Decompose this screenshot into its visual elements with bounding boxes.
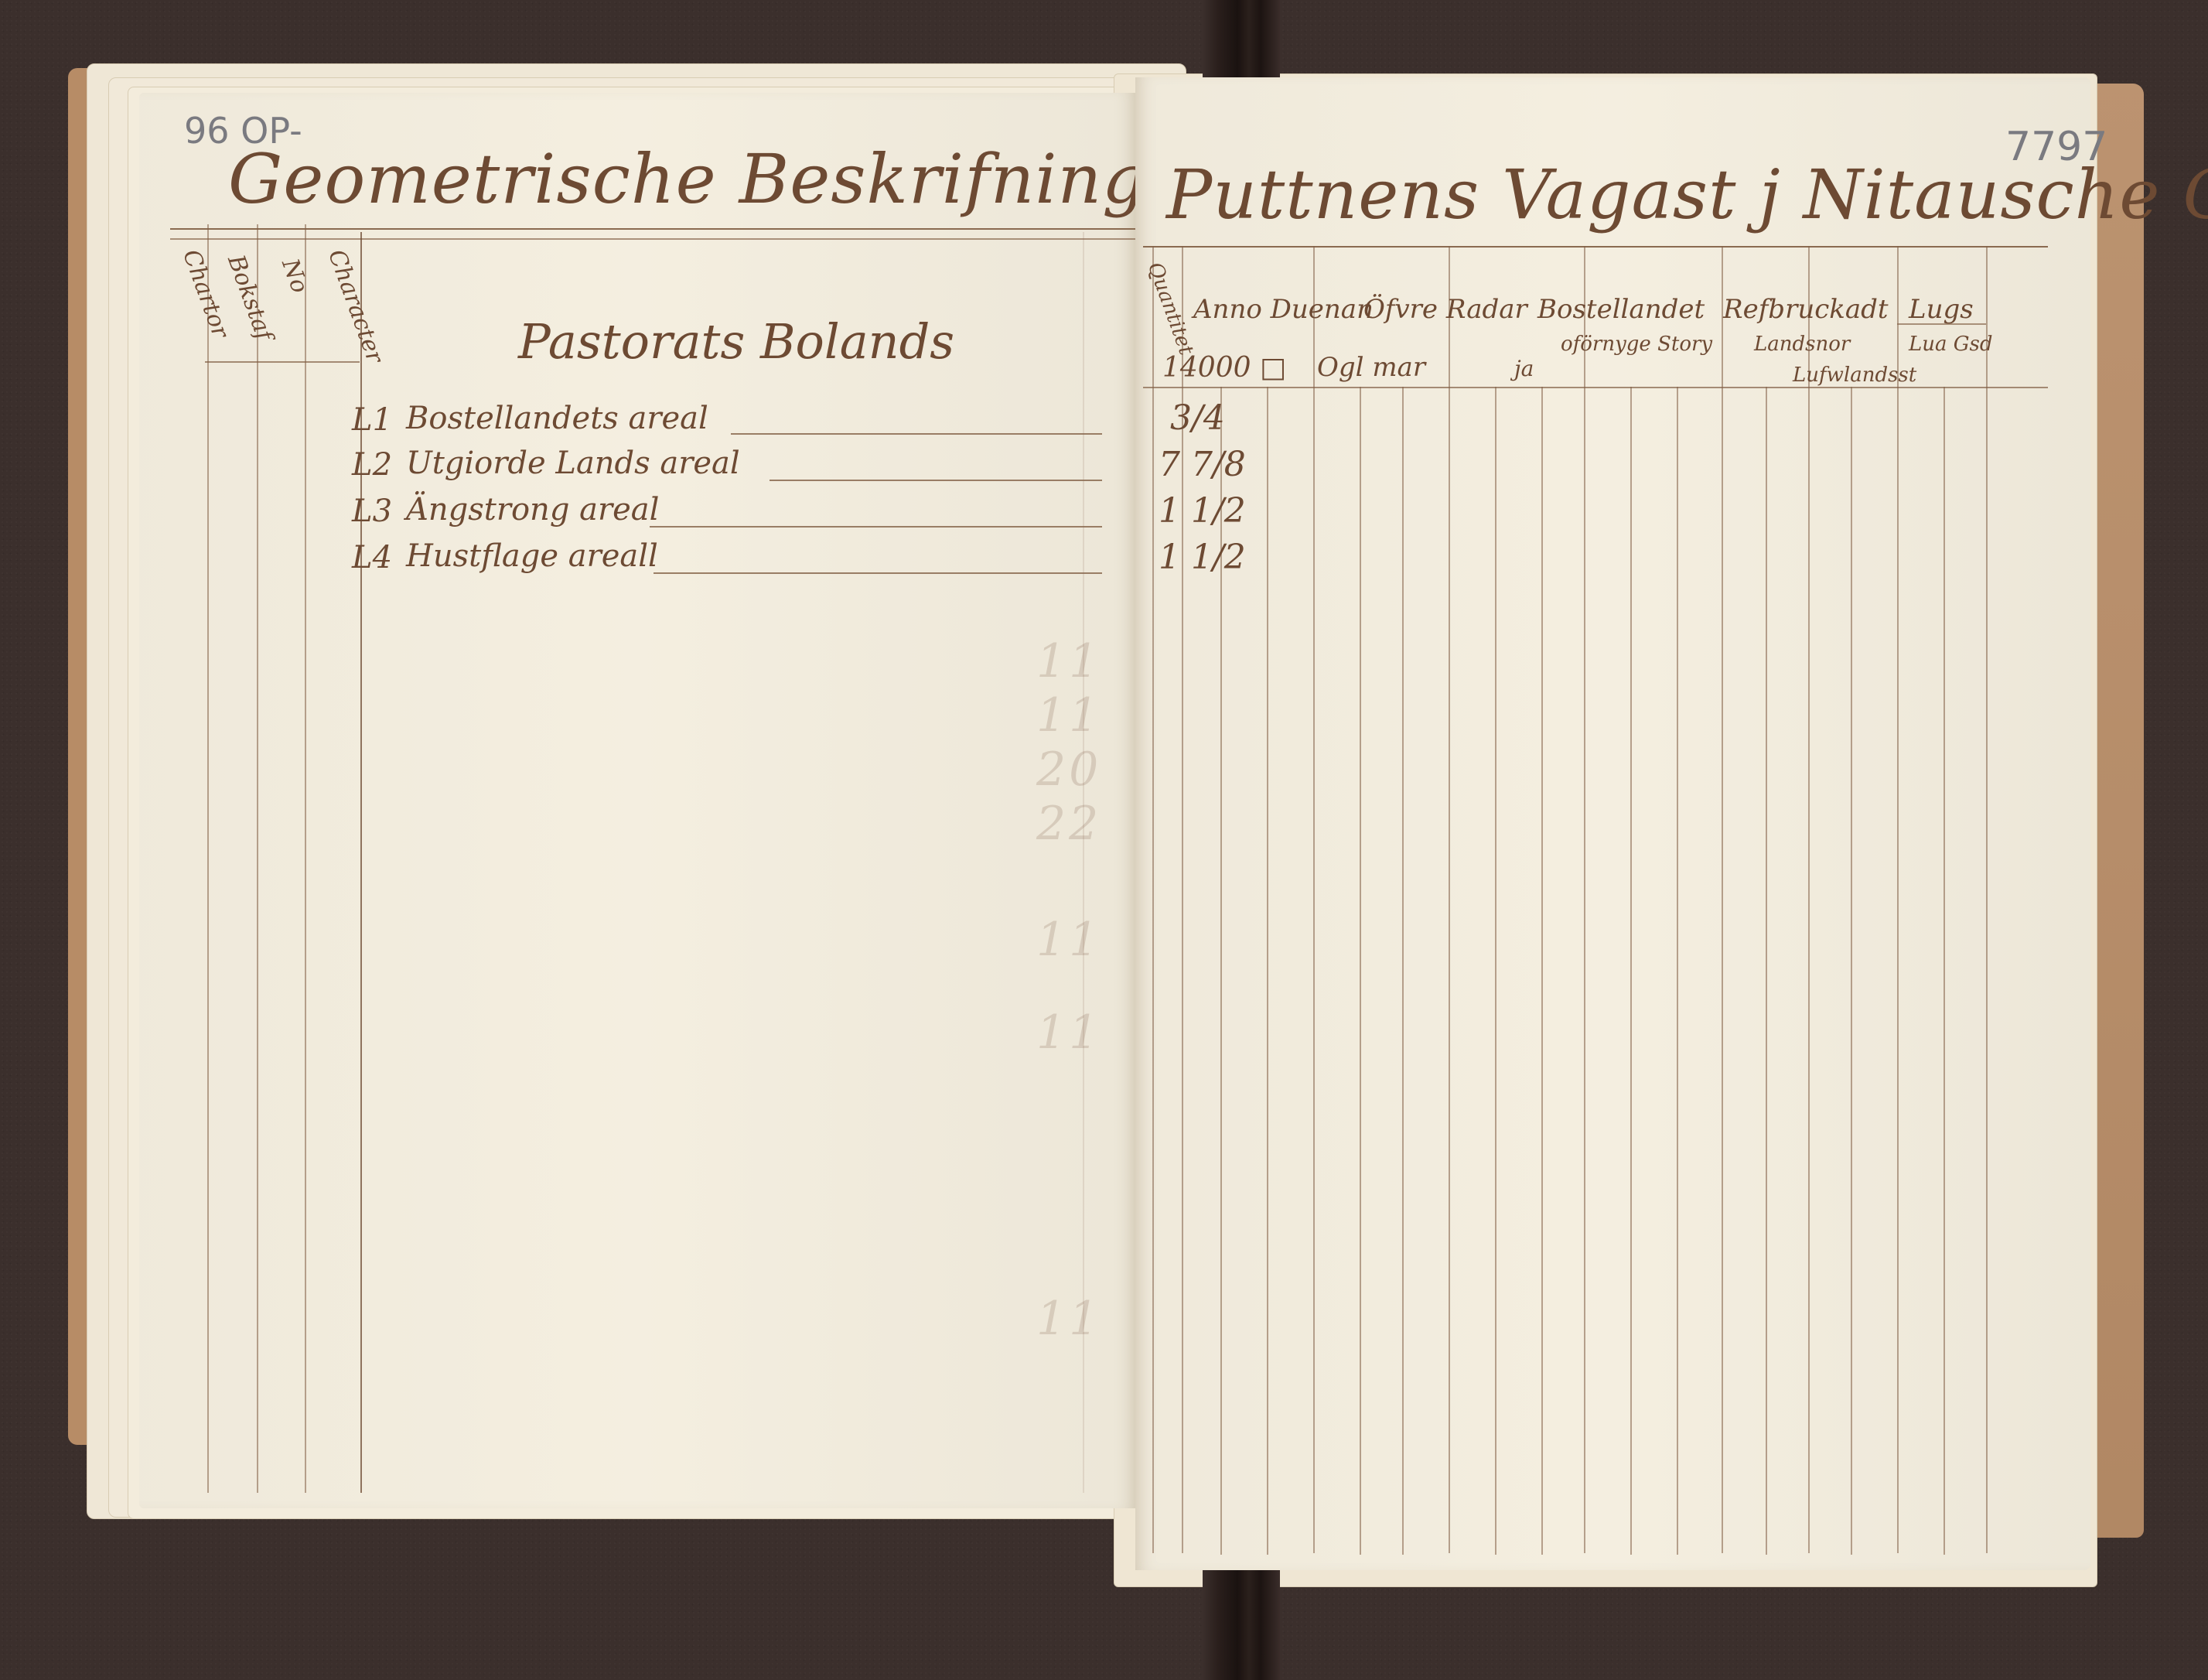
row-rule xyxy=(650,526,1102,528)
unit-value: Ogl mar xyxy=(1317,352,1425,383)
column-header-anno-duenan: Anno Duenan xyxy=(1193,294,1374,325)
column-line xyxy=(1677,387,1678,1555)
column-line xyxy=(1584,246,1585,1553)
column-line xyxy=(1360,387,1361,1555)
row-text: Bostellandets areal xyxy=(406,401,708,436)
right-page: 7797 Puttnens Vagast j Nitausche Gebiet … xyxy=(1135,77,2090,1570)
sub-header: Landsnor xyxy=(1754,333,1850,356)
column-line xyxy=(257,224,258,1493)
column-line xyxy=(1766,387,1767,1555)
header-rule-bottom xyxy=(205,361,360,363)
fraction-value: 1 1/2 xyxy=(1159,491,1246,531)
fraction-value: 1 1/2 xyxy=(1159,538,1246,577)
column-header-no: No xyxy=(276,255,313,297)
column-line xyxy=(1722,246,1723,1553)
row-letter: L1 xyxy=(352,402,392,438)
bleed-through-mark: 11 xyxy=(1036,913,1101,967)
row-rule xyxy=(731,433,1102,435)
column-header-quantitet: Quantitet xyxy=(1143,259,1198,358)
column-line xyxy=(1449,246,1450,1553)
column-line xyxy=(1808,246,1810,1553)
header-rule-top xyxy=(1143,246,2048,248)
bleed-through-mark: 20 xyxy=(1036,743,1101,797)
column-line xyxy=(1267,387,1268,1555)
row-letter: L2 xyxy=(352,447,392,483)
bleed-through-mark: 11 xyxy=(1036,1292,1101,1346)
column-line xyxy=(1897,246,1899,1553)
column-line xyxy=(1182,246,1183,1553)
column-line xyxy=(1630,387,1632,1555)
bleed-through-mark: 22 xyxy=(1036,797,1101,851)
sub-header: oförnyge Story xyxy=(1561,333,1712,356)
fraction-value: 3/4 xyxy=(1170,398,1225,438)
column-line xyxy=(1944,387,1945,1555)
row-rule xyxy=(770,480,1102,481)
row-letter: L4 xyxy=(352,540,392,575)
row-text: Ängstrong areal xyxy=(406,492,659,528)
quantity-value: 14000 □ xyxy=(1162,352,1286,384)
column-header-refbruckadt: Refbruckadt xyxy=(1723,294,1889,325)
header-rule-top-double xyxy=(170,238,1135,240)
sub-header: Lufwlandsst xyxy=(1793,364,1916,387)
column-line xyxy=(1986,246,1988,1553)
column-line xyxy=(1402,387,1404,1555)
column-line xyxy=(1495,387,1496,1555)
page-title: Puttnens Vagast j Nitausche Gebiet xyxy=(1166,155,2208,234)
bleed-through-mark: 11 xyxy=(1036,634,1101,688)
column-line xyxy=(305,224,306,1493)
bleed-through-mark: 11 xyxy=(1036,1006,1101,1060)
column-line xyxy=(1851,387,1852,1555)
column-line xyxy=(207,224,209,1493)
column-line xyxy=(1313,246,1315,1553)
column-header-lugs: Lugs xyxy=(1909,294,1974,325)
fraction-value: 7 7/8 xyxy=(1159,445,1246,484)
column-header-bostellandet: Bostellandet xyxy=(1537,294,1705,325)
note-value: ja xyxy=(1514,356,1534,381)
column-header-character: Character xyxy=(322,246,388,367)
column-header-ofvre-radar: Öfvre Radar xyxy=(1363,294,1527,325)
column-line xyxy=(1541,387,1543,1555)
left-page: 96 OP- Geometrische Beskrifning öfver Ch… xyxy=(139,93,1135,1508)
bleed-through-mark: 11 xyxy=(1036,688,1101,743)
row-letter: L3 xyxy=(352,493,392,529)
lugs-underline xyxy=(1897,323,1986,325)
header-rule-top xyxy=(170,228,1135,230)
sub-header: Lua Gsd xyxy=(1909,333,1993,356)
row-text: Hustflage areall xyxy=(406,538,658,574)
row-rule xyxy=(654,572,1102,574)
column-line xyxy=(1152,246,1154,1553)
row-text: Utgiorde Lands areal xyxy=(406,446,740,481)
header-rule-bottom xyxy=(1143,387,2048,388)
section-heading: Pastorats Bolands xyxy=(518,313,954,370)
